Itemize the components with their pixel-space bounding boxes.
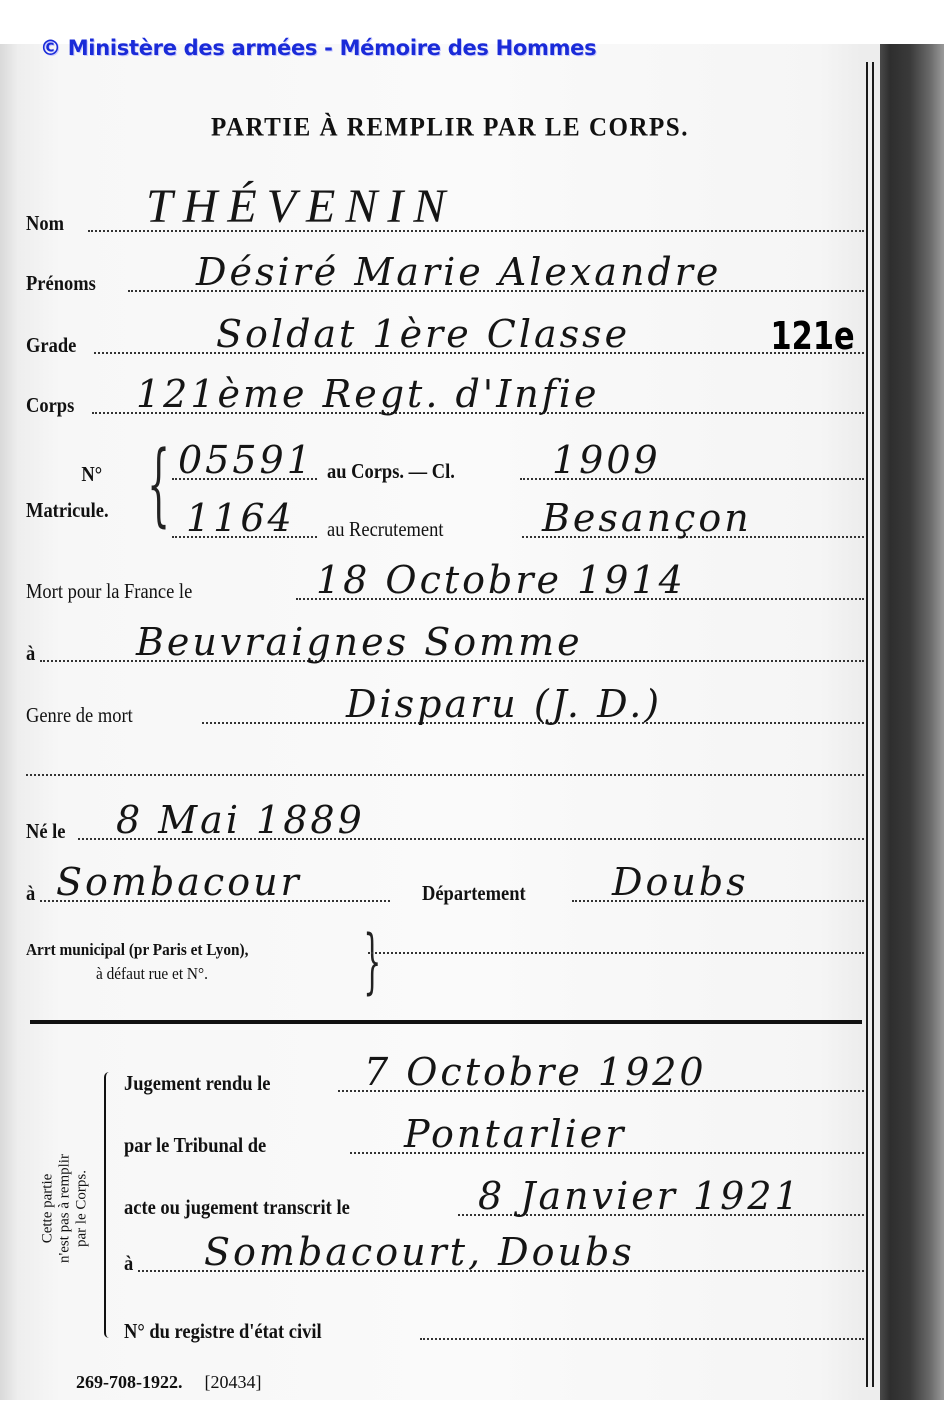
genre-mort-label: Genre de mort (26, 703, 133, 728)
ne-lieu-label: à (26, 881, 35, 906)
genre-mort-value: Disparu (J. D.) (346, 682, 662, 726)
mort-lieu-value: Beuvraignes Somme (136, 620, 583, 664)
au-recrutement-label: au Recrutement (327, 517, 443, 542)
field-transcrit-lieu: à Sombacourt, Doubs (124, 1236, 864, 1276)
field-genre-mort: Genre de mort Disparu (J. D.) (26, 688, 864, 728)
mort-le-value: 18 Octobre 1914 (316, 558, 686, 602)
transcrit-lieu-label: à (124, 1251, 133, 1276)
binding-spine (880, 44, 944, 1400)
side-note: Cette partie n'est pas à remplir par le … (25, 1113, 105, 1313)
copyright-watermark: © Ministère des armées - Mémoire des Hom… (40, 36, 596, 60)
registre-dotted-line (420, 1338, 864, 1340)
departement-value: Doubs (612, 860, 749, 904)
field-matricule-recrutement: 1164 au Recrutement Besançon (172, 502, 864, 542)
side-note-line-3: par le Corps. (74, 1109, 91, 1309)
prenoms-value: Désiré Marie Alexandre (196, 250, 721, 294)
mort-le-label: Mort pour la France le (26, 579, 192, 604)
footer-print-code: 269-708-1922.[20434] (76, 1372, 262, 1393)
field-nom: Nom THÉVENIN (26, 196, 864, 236)
field-ne-le: Né le 8 Mai 1889 (26, 804, 864, 844)
jugement-rendu-value: 7 Octobre 1920 (364, 1050, 707, 1094)
classe-value: 1909 (552, 438, 661, 482)
recrutement-value: Besançon (542, 496, 752, 540)
jugement-rendu-label: Jugement rendu le (124, 1071, 270, 1096)
form-title: PARTIE À REMPLIR PAR LE CORPS. (0, 113, 900, 142)
tribunal-label: par le Tribunal de (124, 1133, 266, 1158)
regiment-stamp: 121e (771, 314, 855, 358)
footer-ref: [20434] (205, 1372, 262, 1392)
footer-code: 269-708-1922. (76, 1372, 183, 1392)
matricule-corps-value: 05591 (178, 438, 314, 482)
nom-value: THÉVENIN (146, 179, 455, 234)
arrondissement-label-2: à défaut rue et N°. (96, 964, 208, 984)
field-grade: Grade Soldat 1ère Classe (26, 318, 864, 358)
mort-lieu-label: à (26, 641, 35, 666)
departement-label: Département (422, 881, 526, 906)
field-transcrit: acte ou jugement transcrit le 8 Janvier … (124, 1180, 864, 1220)
matricule-label-no: N° (81, 462, 102, 487)
matricule-label: Matricule. (26, 498, 109, 523)
field-mort-lieu: à Beuvraignes Somme (26, 626, 864, 666)
au-corps-label: au Corps. — Cl. (327, 459, 455, 484)
ne-lieu-value: Sombacour (56, 860, 302, 904)
field-jugement-rendu: Jugement rendu le 7 Octobre 1920 (124, 1056, 864, 1096)
matricule-brace: { (147, 432, 170, 537)
nom-label: Nom (26, 211, 64, 236)
margin-rule (866, 62, 868, 1387)
side-note-bracket (104, 1072, 109, 1338)
field-arrondissement (368, 922, 864, 962)
field-mort-le: Mort pour la France le 18 Octobre 1914 (26, 564, 864, 604)
field-registre: N° du registre d'état civil (124, 1304, 864, 1344)
field-ne-lieu: à Sombacour Département Doubs (26, 866, 864, 906)
arrondissement-dotted-line (368, 952, 864, 954)
field-corps: Corps 121ème Regt. d'Infie (26, 378, 864, 418)
grade-label: Grade (26, 333, 76, 358)
blank-dotted-line (26, 774, 864, 776)
side-note-line-2: n'est pas à remplir (57, 1109, 74, 1309)
matricule-recrutement-value: 1164 (186, 496, 295, 540)
corps-value: 121ème Regt. d'Infie (136, 372, 599, 416)
ne-le-value: 8 Mai 1889 (116, 798, 365, 842)
field-matricule-corps: 05591 au Corps. — Cl. 1909 (172, 444, 864, 484)
section-divider (30, 1020, 862, 1024)
field-blank-line (26, 740, 864, 780)
prenoms-label: Prénoms (26, 271, 96, 296)
transcrit-label: acte ou jugement transcrit le (124, 1195, 350, 1220)
field-tribunal: par le Tribunal de Pontarlier (124, 1118, 864, 1158)
side-note-line-1: Cette partie (40, 1109, 57, 1309)
registre-label: N° du registre d'état civil (124, 1319, 322, 1344)
grade-value: Soldat 1ère Classe (216, 312, 630, 356)
tribunal-value: Pontarlier (404, 1112, 626, 1156)
transcrit-lieu-value: Sombacourt, Doubs (204, 1230, 635, 1274)
arrondissement-label-1: Arrt municipal (pr Paris et Lyon), (26, 940, 248, 960)
transcrit-value: 8 Janvier 1921 (478, 1174, 802, 1218)
ne-le-label: Né le (26, 819, 66, 844)
field-prenoms: Prénoms Désiré Marie Alexandre (26, 256, 864, 296)
margin-rule (872, 62, 874, 1387)
corps-label: Corps (26, 393, 74, 418)
